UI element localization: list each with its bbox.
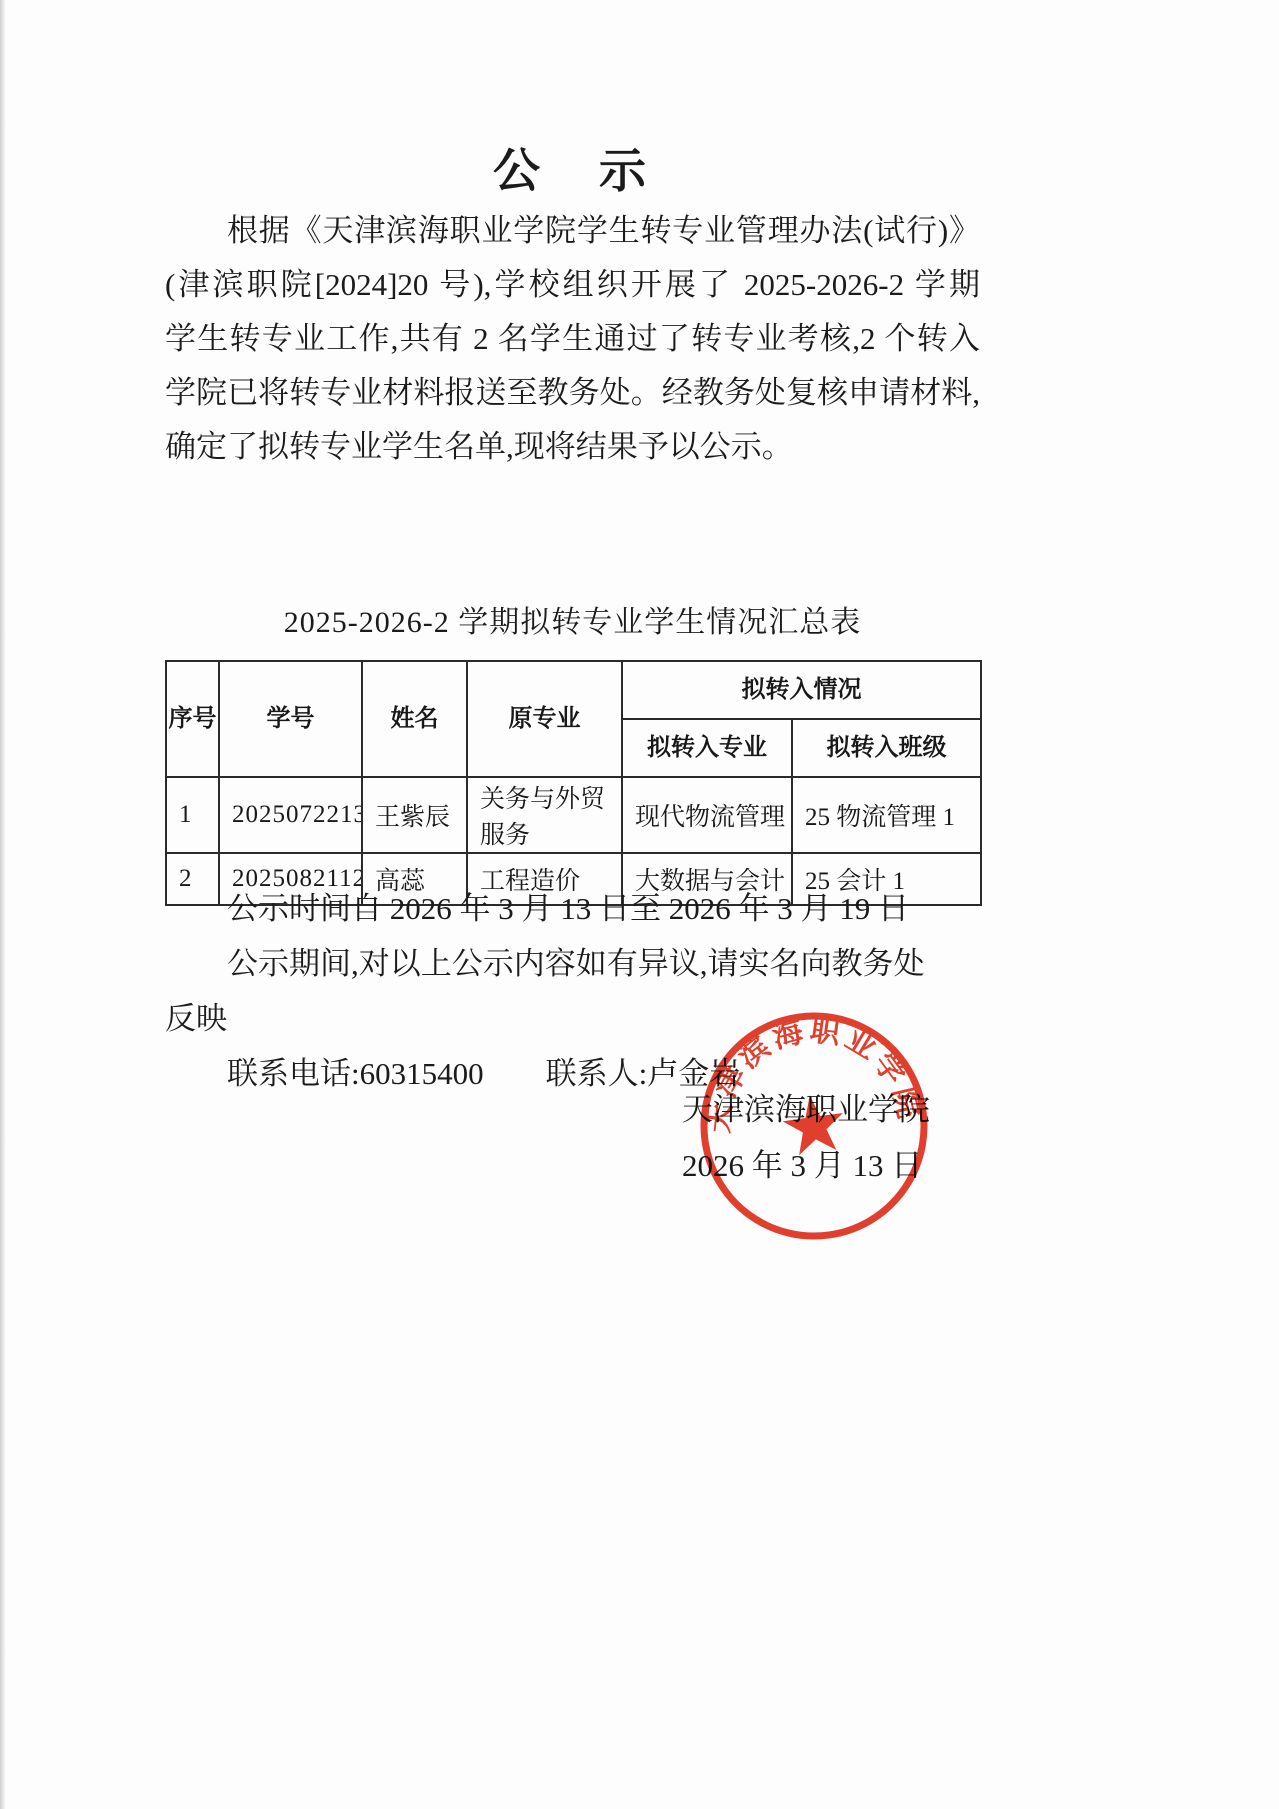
cell-no: 1 bbox=[166, 777, 219, 853]
body-line: 根据《天津滨海职业学院学生转专业管理办法(试行)》 bbox=[165, 204, 980, 258]
signature-date: 2026 年 3 月 13 日 bbox=[682, 1138, 930, 1194]
note-period: 公示时间自 2026 年 3 月 13 日至 2026 年 3 月 19 日 bbox=[165, 881, 980, 936]
header-name: 姓名 bbox=[362, 661, 467, 777]
cell-target-class: 25 物流管理 1 bbox=[792, 777, 981, 853]
body-line: (津滨职院[2024]20 号),学校组织开展了 2025-2026-2 学期 bbox=[165, 258, 980, 312]
header-target-class: 拟转入班级 bbox=[792, 719, 981, 777]
header-target-major: 拟转入专业 bbox=[622, 719, 792, 777]
cell-original-major: 关务与外贸服务 bbox=[467, 777, 622, 853]
table-title: 2025-2026-2 学期拟转专业学生情况汇总表 bbox=[165, 597, 980, 641]
body-line: 确定了拟转专业学生名单,现将结果予以公示。 bbox=[165, 420, 980, 474]
cell-target-major: 现代物流管理 bbox=[622, 777, 792, 853]
table-header: 序号 学号 姓名 原专业 拟转入情况 拟转入专业 拟转入班级 bbox=[166, 661, 981, 777]
body-line: 学院已将转专业材料报送至教务处。经教务处复核申请材料, bbox=[165, 366, 980, 420]
student-transfer-table: 序号 学号 姓名 原专业 拟转入情况 拟转入专业 拟转入班级 120250722… bbox=[165, 660, 982, 906]
header-transfer-group: 拟转入情况 bbox=[622, 661, 981, 719]
announcement-page: 公 示 根据《天津滨海职业学院学生转专业管理办法(试行)》 (津滨职院[2024… bbox=[0, 0, 1279, 1809]
notes-block: 公示时间自 2026 年 3 月 13 日至 2026 年 3 月 19 日 公… bbox=[165, 881, 980, 1101]
body-paragraph: 根据《天津滨海职业学院学生转专业管理办法(试行)》 (津滨职院[2024]20 … bbox=[165, 204, 980, 474]
body-line: 学生转专业工作,共有 2 名学生通过了转专业考核,2 个转入 bbox=[165, 312, 980, 366]
header-no: 序号 bbox=[166, 661, 219, 777]
signature-org: 天津滨海职业学院 bbox=[682, 1082, 930, 1138]
cell-student-id: 20250722137 bbox=[219, 777, 362, 853]
table-row: 120250722137王紫辰关务与外贸服务现代物流管理25 物流管理 1 bbox=[166, 777, 981, 853]
page-title: 公 示 bbox=[165, 134, 980, 201]
header-student-id: 学号 bbox=[219, 661, 362, 777]
note-objection: 公示期间,对以上公示内容如有异议,请实名向教务处 bbox=[165, 936, 980, 991]
header-original-major: 原专业 bbox=[467, 661, 622, 777]
cell-name: 王紫辰 bbox=[362, 777, 467, 853]
signature-block: 天津滨海职业学院 2026 年 3 月 13 日 bbox=[682, 1082, 930, 1194]
note-objection-wrap: 反映 bbox=[165, 991, 980, 1046]
